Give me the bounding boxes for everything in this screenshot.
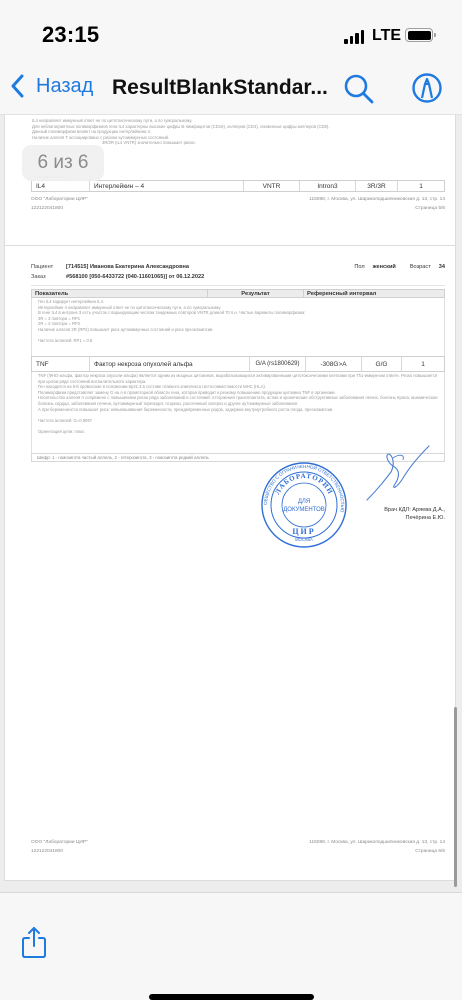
age-label: Возраст [410,262,431,272]
polymorphism: VNTR [244,181,300,191]
results-table-header: Показатель Результат Референсный интерва… [31,289,445,298]
gene-code: IL4 [32,181,90,191]
search-icon[interactable] [342,72,376,106]
gene-code: TNF [32,357,90,371]
order-value: #568100 [050-6433722 (040-11601065)] от … [66,272,204,282]
clock: 23:15 [42,22,99,48]
footer-company: ООО "Лаборатории ЦИР" [31,195,88,204]
header-indicator: Показатель [32,290,208,297]
pdf-page-6: Пациент [714515] Иванова Екатерина Алекс… [4,245,456,881]
patient-header: Пациент [714515] Иванова Екатерина Алекс… [31,262,445,282]
gene-name: Фактор некроза опухолей альфа [90,357,250,371]
gene-row-tnf: TNF Фактор некроза опухолей альфа G/A (r… [31,356,445,372]
text-line: Носительство аллеля A сопряжено с повыше… [38,395,438,406]
footer-address: 115088, г. Москва, ул. Шарикоподшипников… [309,195,445,204]
bottom-toolbar [0,892,462,1000]
footer-address: 115088, г. Москва, ул. Шарикоподшипников… [309,838,445,847]
network-type: LTE [372,27,401,45]
sex-value: женский [373,262,396,272]
genotype: G/G [362,357,402,371]
cipher: 1 [402,357,444,371]
patient-label: Пациент [31,262,66,272]
svg-text:ДОКУМЕНТОВ: ДОКУМЕНТОВ [283,507,325,513]
home-indicator[interactable] [149,994,314,1000]
text-line: Ориентация цепи: плюс [38,429,438,435]
header-reference: Референсный интервал [304,290,444,297]
gene-row-il4: IL4 Интерлейкин – 4 VNTR Intron3 3R/3R 1 [31,180,445,192]
vertical-scrollbar[interactable] [454,707,457,887]
footer-code: 122122041800 [31,847,63,856]
header-result: Результат [208,290,304,297]
back-label: Назад [36,75,93,98]
svg-text:МОСКВА: МОСКВА [295,537,313,542]
genotype: 3R/3R [356,181,398,191]
text-line: Частота аллелей: RP1 = 0.8 [38,338,438,344]
il4-interpretation: Ген IL4 кодирует интерлейкин IL4. Интерл… [31,298,445,356]
svg-text:ДЛЯ: ДЛЯ [298,499,310,505]
patient-value: [714515] Иванова Екатерина Александровна [66,262,354,272]
markup-pen-icon[interactable] [411,72,443,104]
sex-label: Пол [354,262,364,272]
status-bar: 23:15 LTE [0,0,462,62]
il4-description: IL4 направляет иммунный ответ не по цито… [32,118,442,146]
svg-text:ЦИР: ЦИР [292,527,315,536]
page-footer: ООО "Лаборатории ЦИР"115088, г. Москва, … [31,838,445,856]
pdf-viewer-screen: 23:15 LTE Назад ResultBlankStandar... IL… [0,0,462,1000]
share-icon[interactable] [20,925,48,959]
doctor-signoff: Врач КДЛ: Аряева Д.А., Печёрина Е.Ю. [345,506,445,522]
footer-code: 122122041800 [31,204,63,213]
text-line: TNF (ФНО-альфа, фактор некроза опухоли-а… [38,373,438,384]
doctor-line: Печёрина Е.Ю. [345,514,445,522]
navigation-bar: Назад ResultBlankStandar... [0,62,462,114]
cipher: 1 [398,181,444,191]
gene-name: Интерлейкин – 4 [90,181,244,191]
doctor-line: Врач КДЛ: Аряева Д.А., [345,506,445,514]
document-title: ResultBlankStandar... [112,76,328,100]
footer-page-number: Страница 6/6 [415,847,445,856]
age-value: 34 [439,262,445,272]
cellular-signal-icon [344,30,364,44]
doctor-signature-image [363,444,433,504]
order-label: Заказ [31,272,66,282]
back-button[interactable]: Назад [10,74,93,98]
lab-stamp-image: ОБЩЕСТВО С ОГРАНИЧЕННОЙ ОТВЕТСТВЕННОСТЬЮ… [260,461,348,549]
footer-company: ООО "Лаборатории ЦИР" [31,838,88,847]
pdf-page-5: IL4 направляет иммунный ответ не по цито… [4,114,456,248]
chevron-left-icon [10,74,24,98]
page-footer: ООО "Лаборатории ЦИР"115088, г. Москва, … [31,195,445,213]
footer-page-number: Страница 5/6 [415,204,445,213]
document-viewport[interactable]: IL4 направляет иммунный ответ не по цито… [0,114,462,892]
polymorphism: G/A (rs1800629) [250,357,306,371]
location: -308G>A [306,357,362,371]
tnf-interpretation: TNF (ФНО-альфа, фактор некроза опухоли-а… [31,372,445,455]
page-counter-badge: 6 из 6 [22,145,104,181]
location: Intron3 [300,181,356,191]
divider [31,285,445,286]
battery-icon [405,28,433,42]
